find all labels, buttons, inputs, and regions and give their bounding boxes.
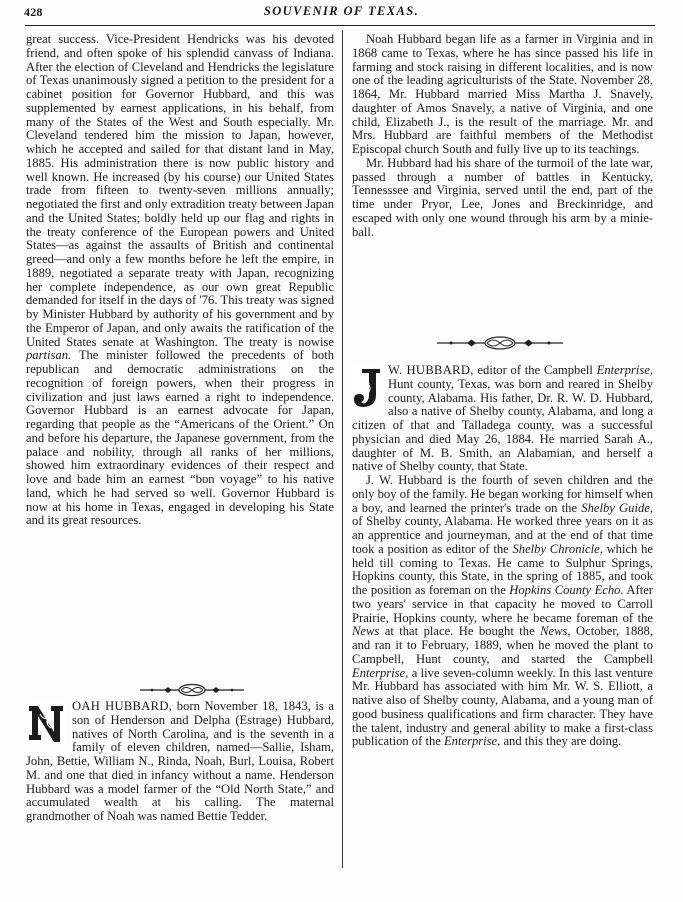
section-ornament-right [437, 336, 563, 350]
jw-hubbard-paragraph-1: J W. HUBBARD, editor of the Campbell Ent… [352, 364, 653, 474]
italic-partisan: partisan. [26, 348, 71, 362]
ornamental-letter-j-icon [352, 366, 382, 408]
noah-hubbard-section: N OAH HUBBARD, born November 18, 1843, i… [26, 700, 334, 824]
running-title: SOUVENIR OF TEXAS. [0, 4, 683, 19]
noah-farmer-paragraph: Noah Hubbard began life as a farmer in V… [352, 33, 653, 157]
lead-name-noah: OAH HUBBARD, [72, 699, 172, 713]
ornament-icon [437, 336, 563, 350]
ornament-icon [140, 683, 244, 697]
governor-hubbard-continued-paragraph: great success. Vice-President Hendricks … [26, 33, 334, 528]
jw-hubbard-paragraph-2: J. W. Hubbard is the fourth of seven chi… [352, 474, 653, 749]
lead-name-jw: W. HUBBARD, [388, 363, 474, 377]
header-rule [25, 25, 655, 26]
noah-war-paragraph: Mr. Hubbard had his share of the turmoil… [352, 157, 653, 240]
drop-cap-n: N [26, 702, 66, 744]
column-divider [342, 30, 343, 868]
section-ornament-left [140, 683, 244, 697]
drop-cap-j: J [352, 366, 382, 408]
jw-hubbard-section: J W. HUBBARD, editor of the Campbell Ent… [352, 364, 653, 749]
noah-hubbard-paragraph: N OAH HUBBARD, born November 18, 1843, i… [26, 700, 334, 824]
book-page: 428 SOUVENIR OF TEXAS. great success. Vi… [0, 0, 683, 902]
left-column: great success. Vice-President Hendricks … [26, 33, 334, 528]
right-column: Noah Hubbard began life as a farmer in V… [352, 33, 653, 239]
ornamental-letter-n-icon [26, 702, 66, 744]
